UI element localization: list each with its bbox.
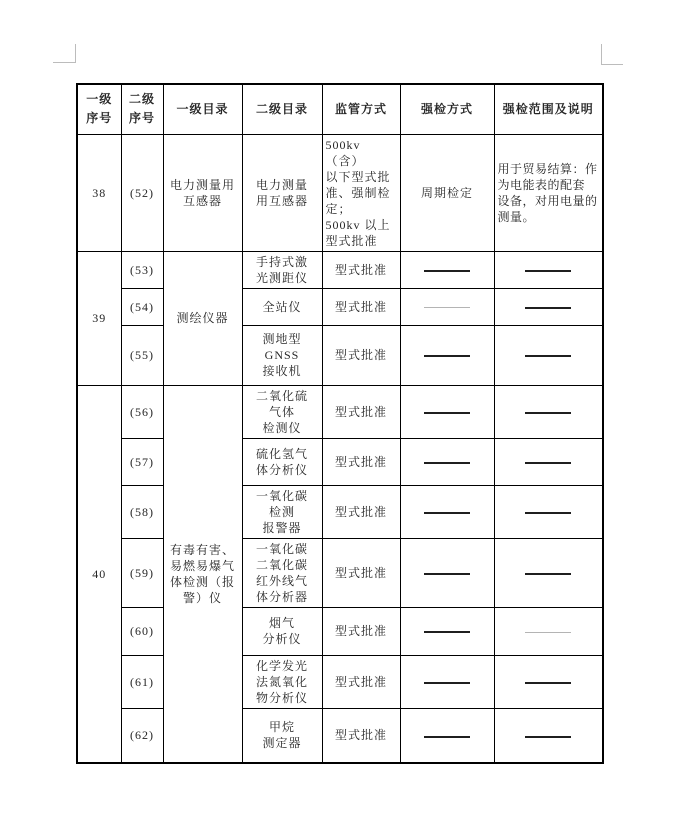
header-scope: 强检范围及说明	[494, 84, 603, 134]
seq1-cell: 40	[77, 385, 121, 763]
dash-line	[525, 573, 571, 575]
dash-line	[525, 307, 571, 309]
header-row: 一级 序号 二级 序号 一级目录 二级目录 监管方式 强检方式 强检范围及说明	[77, 84, 603, 134]
seq1-cell: 39	[77, 251, 121, 385]
supervision-cell: 型式批准	[322, 288, 400, 325]
header-supervision: 监管方式	[322, 84, 400, 134]
verification-cell	[400, 655, 494, 708]
supervision-cell: 型式批准	[322, 607, 400, 655]
table-row: 39 (53) 测绘仪器 手持式激 光测距仪 型式批准	[77, 251, 603, 288]
table-row: (60) 烟气 分析仪 型式批准	[77, 607, 603, 655]
table-row: (58) 一氧化碳 检测 报警器 型式批准	[77, 485, 603, 538]
seq2-cell: (61)	[121, 655, 163, 708]
seq2-cell: (59)	[121, 538, 163, 607]
table-row: (61) 化学发光 法氮氧化 物分析仪 型式批准	[77, 655, 603, 708]
dash-line	[525, 632, 571, 633]
verification-cell: 周期检定	[400, 134, 494, 251]
seq1-cell: 38	[77, 134, 121, 251]
scope-cell	[494, 325, 603, 385]
supervision-cell: 型式批准	[322, 325, 400, 385]
text-boundary-mark-left	[53, 44, 76, 63]
supervision-cell: 500kv（含） 以下型式批 准、强制检 定； 500kv 以上 型式批准	[322, 134, 400, 251]
dash-line	[424, 682, 470, 684]
dash-line	[525, 736, 571, 738]
scope-cell	[494, 385, 603, 438]
verification-cell	[400, 385, 494, 438]
catalog2-cell: 测地型 GNSS 接收机	[242, 325, 322, 385]
supervision-cell: 型式批准	[322, 538, 400, 607]
catalog2-cell: 手持式激 光测距仪	[242, 251, 322, 288]
supervision-cell: 型式批准	[322, 438, 400, 485]
mandatory-verification-instruments-table: 一级 序号 二级 序号 一级目录 二级目录 监管方式 强检方式 强检范围及说明 …	[76, 83, 604, 764]
table-row: 40 (56) 有毒有害、 易燃易爆气 体检测（报 警）仪 二氧化硫 气体 检测…	[77, 385, 603, 438]
supervision-cell: 型式批准	[322, 251, 400, 288]
scope-cell	[494, 607, 603, 655]
catalog2-cell: 一氧化碳 检测 报警器	[242, 485, 322, 538]
header-verification: 强检方式	[400, 84, 494, 134]
table-row: (59) 一氧化碳 二氧化碳 红外线气 体分析器 型式批准	[77, 538, 603, 607]
verification-cell	[400, 288, 494, 325]
seq2-cell: (62)	[121, 708, 163, 763]
dash-line	[424, 573, 470, 575]
verification-cell	[400, 708, 494, 763]
supervision-cell: 型式批准	[322, 385, 400, 438]
catalog2-cell: 全站仪	[242, 288, 322, 325]
catalog2-cell: 一氧化碳 二氧化碳 红外线气 体分析器	[242, 538, 322, 607]
table-row: 38 (52) 电力测量用 互感器 电力测量 用互感器 500kv（含） 以下型…	[77, 134, 603, 251]
catalog1-cell: 测绘仪器	[163, 251, 242, 385]
seq2-cell: (54)	[121, 288, 163, 325]
verification-cell	[400, 325, 494, 385]
table-row: (54) 全站仪 型式批准	[77, 288, 603, 325]
catalog2-cell: 电力测量 用互感器	[242, 134, 322, 251]
catalog2-cell: 甲烷 测定器	[242, 708, 322, 763]
verification-cell	[400, 251, 494, 288]
scope-cell	[494, 251, 603, 288]
scope-cell	[494, 485, 603, 538]
catalog2-cell: 二氧化硫 气体 检测仪	[242, 385, 322, 438]
dash-line	[424, 512, 470, 514]
header-catalog1: 一级目录	[163, 84, 242, 134]
dash-line	[525, 512, 571, 514]
seq2-cell: (53)	[121, 251, 163, 288]
catalog2-cell: 硫化氢气 体分析仪	[242, 438, 322, 485]
seq2-cell: (55)	[121, 325, 163, 385]
catalog2-cell: 烟气 分析仪	[242, 607, 322, 655]
verification-cell	[400, 438, 494, 485]
header-seq1: 一级 序号	[77, 84, 121, 134]
verification-cell	[400, 607, 494, 655]
catalog1-cell: 有毒有害、 易燃易爆气 体检测（报 警）仪	[163, 385, 242, 763]
scope-cell	[494, 288, 603, 325]
scope-cell: 用于贸易结算：作 为电能表的配套 设备，对用电量的 测量。	[494, 134, 603, 251]
dash-line	[424, 736, 470, 738]
dash-line	[424, 462, 470, 464]
dash-line	[424, 412, 470, 414]
seq2-cell: (52)	[121, 134, 163, 251]
supervision-cell: 型式批准	[322, 485, 400, 538]
table-row: (55) 测地型 GNSS 接收机 型式批准	[77, 325, 603, 385]
header-catalog2: 二级目录	[242, 84, 322, 134]
scope-cell	[494, 708, 603, 763]
seq2-cell: (60)	[121, 607, 163, 655]
dash-line	[424, 270, 470, 272]
table-row: (57) 硫化氢气 体分析仪 型式批准	[77, 438, 603, 485]
scope-cell	[494, 438, 603, 485]
dash-line	[525, 462, 571, 464]
dash-line	[525, 270, 571, 272]
dash-line	[424, 355, 470, 357]
verification-cell	[400, 485, 494, 538]
document-page: 一级 序号 二级 序号 一级目录 二级目录 监管方式 强检方式 强检范围及说明 …	[0, 0, 699, 835]
catalog1-cell: 电力测量用 互感器	[163, 134, 242, 251]
text-boundary-mark-right	[601, 44, 623, 65]
catalog2-cell: 化学发光 法氮氧化 物分析仪	[242, 655, 322, 708]
verification-cell	[400, 538, 494, 607]
seq2-cell: (56)	[121, 385, 163, 438]
header-seq2: 二级 序号	[121, 84, 163, 134]
scope-cell	[494, 655, 603, 708]
scope-cell	[494, 538, 603, 607]
dash-line	[424, 307, 470, 308]
table-row: (62) 甲烷 测定器 型式批准	[77, 708, 603, 763]
dash-line	[525, 682, 571, 684]
supervision-cell: 型式批准	[322, 708, 400, 763]
seq2-cell: (57)	[121, 438, 163, 485]
supervision-cell: 型式批准	[322, 655, 400, 708]
seq2-cell: (58)	[121, 485, 163, 538]
dash-line	[424, 631, 470, 633]
dash-line	[525, 355, 571, 357]
dash-line	[525, 412, 571, 414]
